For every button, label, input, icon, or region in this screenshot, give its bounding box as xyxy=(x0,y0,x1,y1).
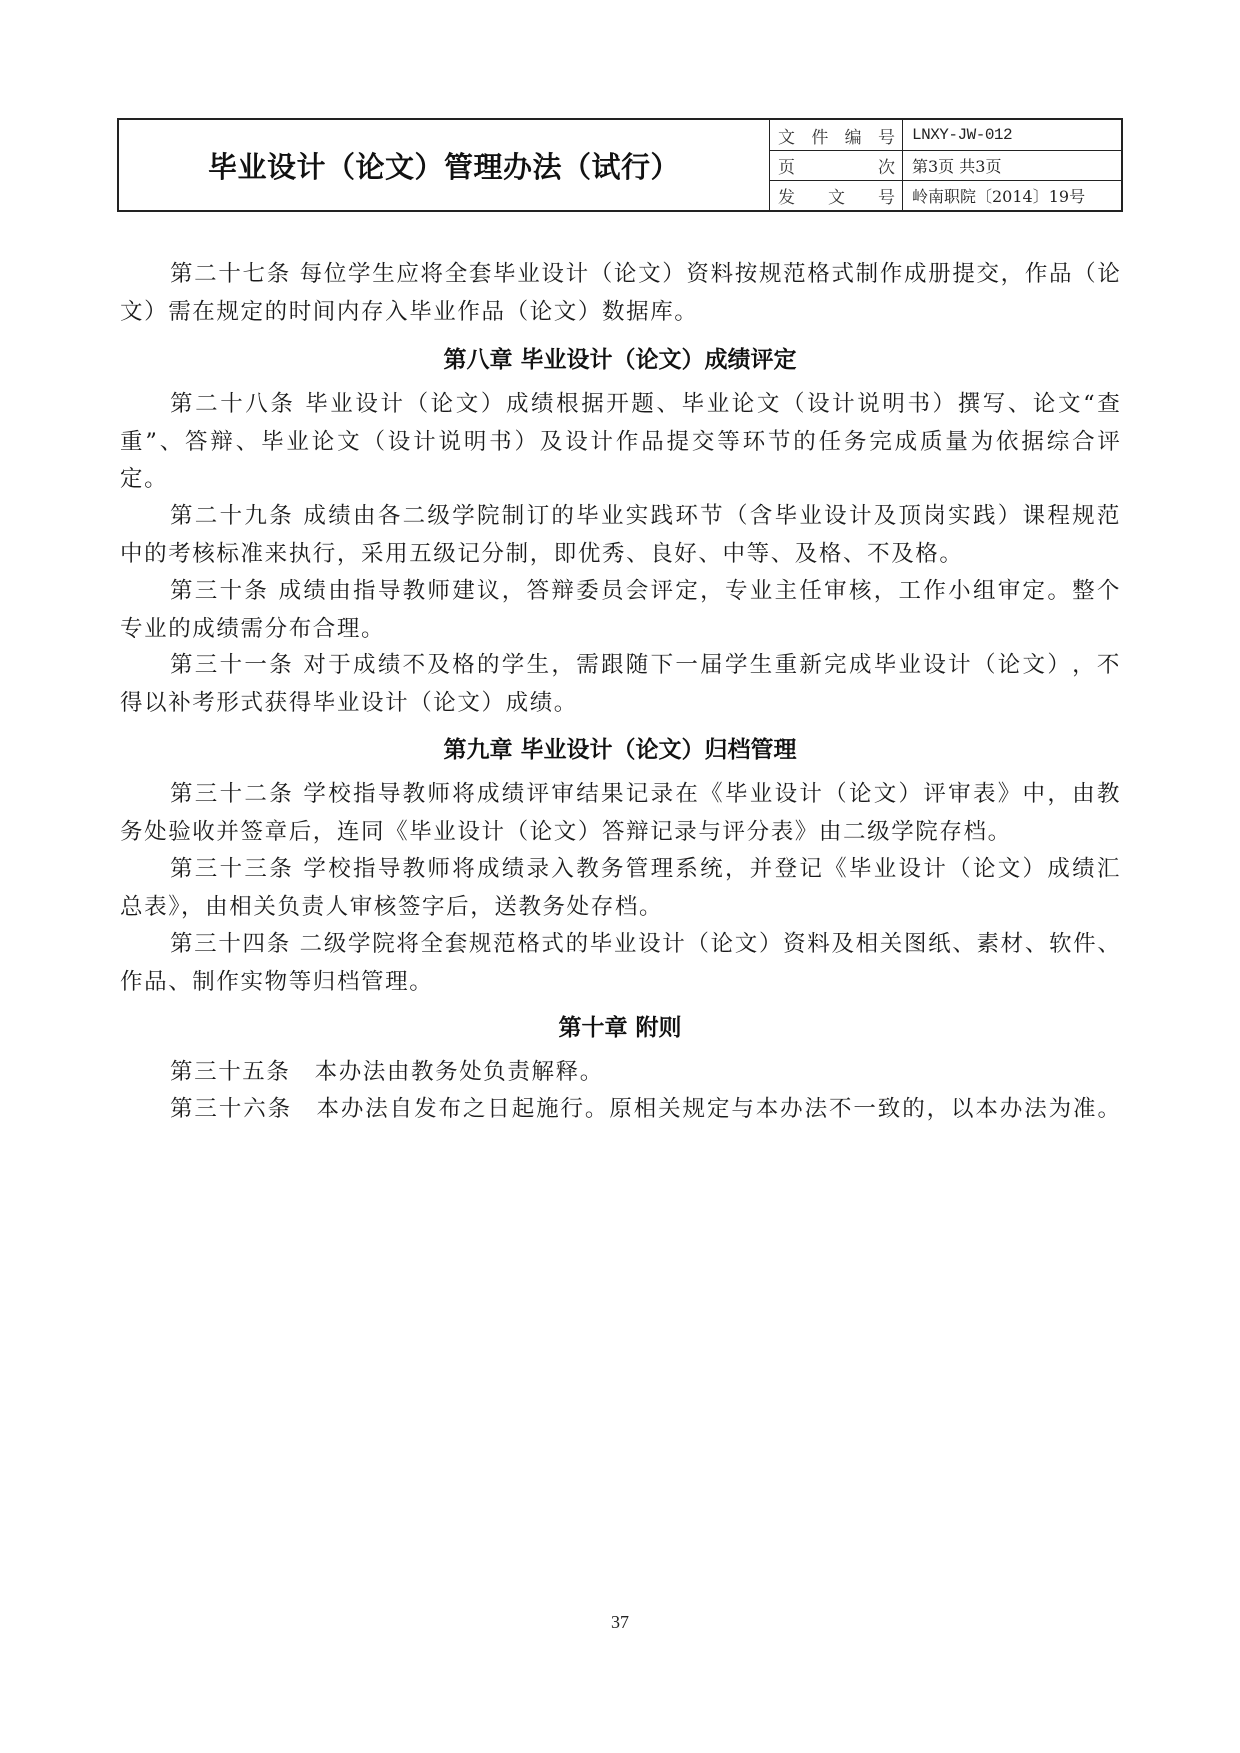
paragraph-line: 第三十六条 本办法自发布之日起施行。原相关规定与本办法不一致的，以本办法为准。 xyxy=(120,1091,1120,1129)
article-28: 第二十八条 毕业设计（论文）成绩根据开题、毕业论文（设计说明书）撰写、论文“查 … xyxy=(120,386,1120,499)
paragraph-line: 第三十二条 学校指导教师将成绩评审结果记录在《毕业设计（论文）评审表》中，由教 xyxy=(120,776,1120,814)
paragraph-line: 第三十一条 对于成绩不及格的学生，需跟随下一届学生重新完成毕业设计（论文），不 xyxy=(120,647,1120,685)
article-35: 第三十五条 本办法由教务处负责解释。 xyxy=(120,1054,1120,1092)
label-char: 文 xyxy=(828,183,845,208)
paragraph-line: 第二十八条 毕业设计（论文）成绩根据开题、毕业论文（设计说明书）撰写、论文“查 xyxy=(120,386,1120,424)
paragraph-line: 专业的成绩需分布合理。 xyxy=(120,611,1120,649)
article-36: 第三十六条 本办法自发布之日起施行。原相关规定与本办法不一致的，以本办法为准。 xyxy=(120,1091,1120,1129)
chapter-heading-10: 第十章 附则 xyxy=(120,1008,1120,1048)
page-count-value: 第3页 共3页 xyxy=(903,151,1122,180)
paragraph-line: 第三十条 成绩由指导教师建议，答辩委员会评定，专业主任审核，工作小组审定。整个 xyxy=(120,573,1120,611)
label-char: 编 xyxy=(845,123,862,148)
page-number: 37 xyxy=(0,1612,1240,1633)
file-number-value: LNXY-JW-012 xyxy=(903,120,1122,150)
page-count-row: 页 次 第3页 共3页 xyxy=(770,150,1122,180)
issue-number-label: 发 文 号 xyxy=(770,181,903,210)
label-char: 次 xyxy=(878,153,895,178)
paragraph-line: 第二十九条 成绩由各二级学院制订的毕业实践环节（含毕业设计及顶岗实践）课程规范 xyxy=(120,498,1120,536)
paragraph-line: 第三十四条 二级学院将全套规范格式的毕业设计（论文）资料及相关图纸、素材、软件、 xyxy=(120,926,1120,964)
page-count-label: 页 次 xyxy=(770,151,903,180)
paragraph-line: 中的考核标准来执行，采用五级记分制，即优秀、良好、中等、及格、不及格。 xyxy=(120,536,1120,574)
paragraph-line: 总表》，由相关负责人审核签字后，送教务处存档。 xyxy=(120,889,1120,927)
file-number-row: 文 件 编 号 LNXY-JW-012 xyxy=(770,120,1122,150)
issue-number-row: 发 文 号 岭南职院〔2014〕19号 xyxy=(770,180,1122,210)
chapter-heading-8: 第八章 毕业设计（论文）成绩评定 xyxy=(120,340,1120,380)
chapter-heading-9: 第九章 毕业设计（论文）归档管理 xyxy=(120,730,1120,770)
label-char: 号 xyxy=(878,183,895,208)
article-31: 第三十一条 对于成绩不及格的学生，需跟随下一届学生重新完成毕业设计（论文），不 … xyxy=(120,647,1120,722)
label-char: 件 xyxy=(811,123,828,148)
issue-number-value: 岭南职院〔2014〕19号 xyxy=(903,181,1122,210)
article-33: 第三十三条 学校指导教师将成绩录入教务管理系统，并登记《毕业设计（论文）成绩汇 … xyxy=(120,851,1120,926)
paragraph-line: 文）需在规定的时间内存入毕业作品（论文）数据库。 xyxy=(120,294,1120,332)
paragraph-line: 定。 xyxy=(120,461,1120,499)
paragraph-line: 重”、答辩、毕业论文（设计说明书）及设计作品提交等环节的任务完成质量为依据综合评 xyxy=(120,424,1120,462)
article-34: 第三十四条 二级学院将全套规范格式的毕业设计（论文）资料及相关图纸、素材、软件、… xyxy=(120,926,1120,1001)
document-header-table: 毕业设计（论文）管理办法（试行） 文 件 编 号 LNXY-JW-012 页 次… xyxy=(117,118,1123,212)
label-char: 文 xyxy=(778,123,795,148)
document-info-grid: 文 件 编 号 LNXY-JW-012 页 次 第3页 共3页 发 文 号 岭南… xyxy=(769,120,1121,210)
label-char: 页 xyxy=(778,153,795,178)
article-32: 第三十二条 学校指导教师将成绩评审结果记录在《毕业设计（论文）评审表》中，由教 … xyxy=(120,776,1120,851)
paragraph-line: 得以补考形式获得毕业设计（论文）成绩。 xyxy=(120,685,1120,723)
article-27: 第二十七条 每位学生应将全套毕业设计（论文）资料按规范格式制作成册提交，作品（论… xyxy=(120,256,1120,331)
paragraph-line: 第三十五条 本办法由教务处负责解释。 xyxy=(120,1054,1120,1092)
paragraph-line: 作品、制作实物等归档管理。 xyxy=(120,964,1120,1002)
paragraph-line: 第三十三条 学校指导教师将成绩录入教务管理系统，并登记《毕业设计（论文）成绩汇 xyxy=(120,851,1120,889)
article-29: 第二十九条 成绩由各二级学院制订的毕业实践环节（含毕业设计及顶岗实践）课程规范 … xyxy=(120,498,1120,573)
paragraph-line: 务处验收并签章后，连同《毕业设计（论文）答辩记录与评分表》由二级学院存档。 xyxy=(120,814,1120,852)
file-number-label: 文 件 编 号 xyxy=(770,120,903,150)
document-title: 毕业设计（论文）管理办法（试行） xyxy=(119,120,769,210)
paragraph-line: 第二十七条 每位学生应将全套毕业设计（论文）资料按规范格式制作成册提交，作品（论 xyxy=(120,256,1120,294)
label-char: 发 xyxy=(778,183,795,208)
article-30: 第三十条 成绩由指导教师建议，答辩委员会评定，专业主任审核，工作小组审定。整个 … xyxy=(120,573,1120,648)
label-char: 号 xyxy=(878,123,895,148)
